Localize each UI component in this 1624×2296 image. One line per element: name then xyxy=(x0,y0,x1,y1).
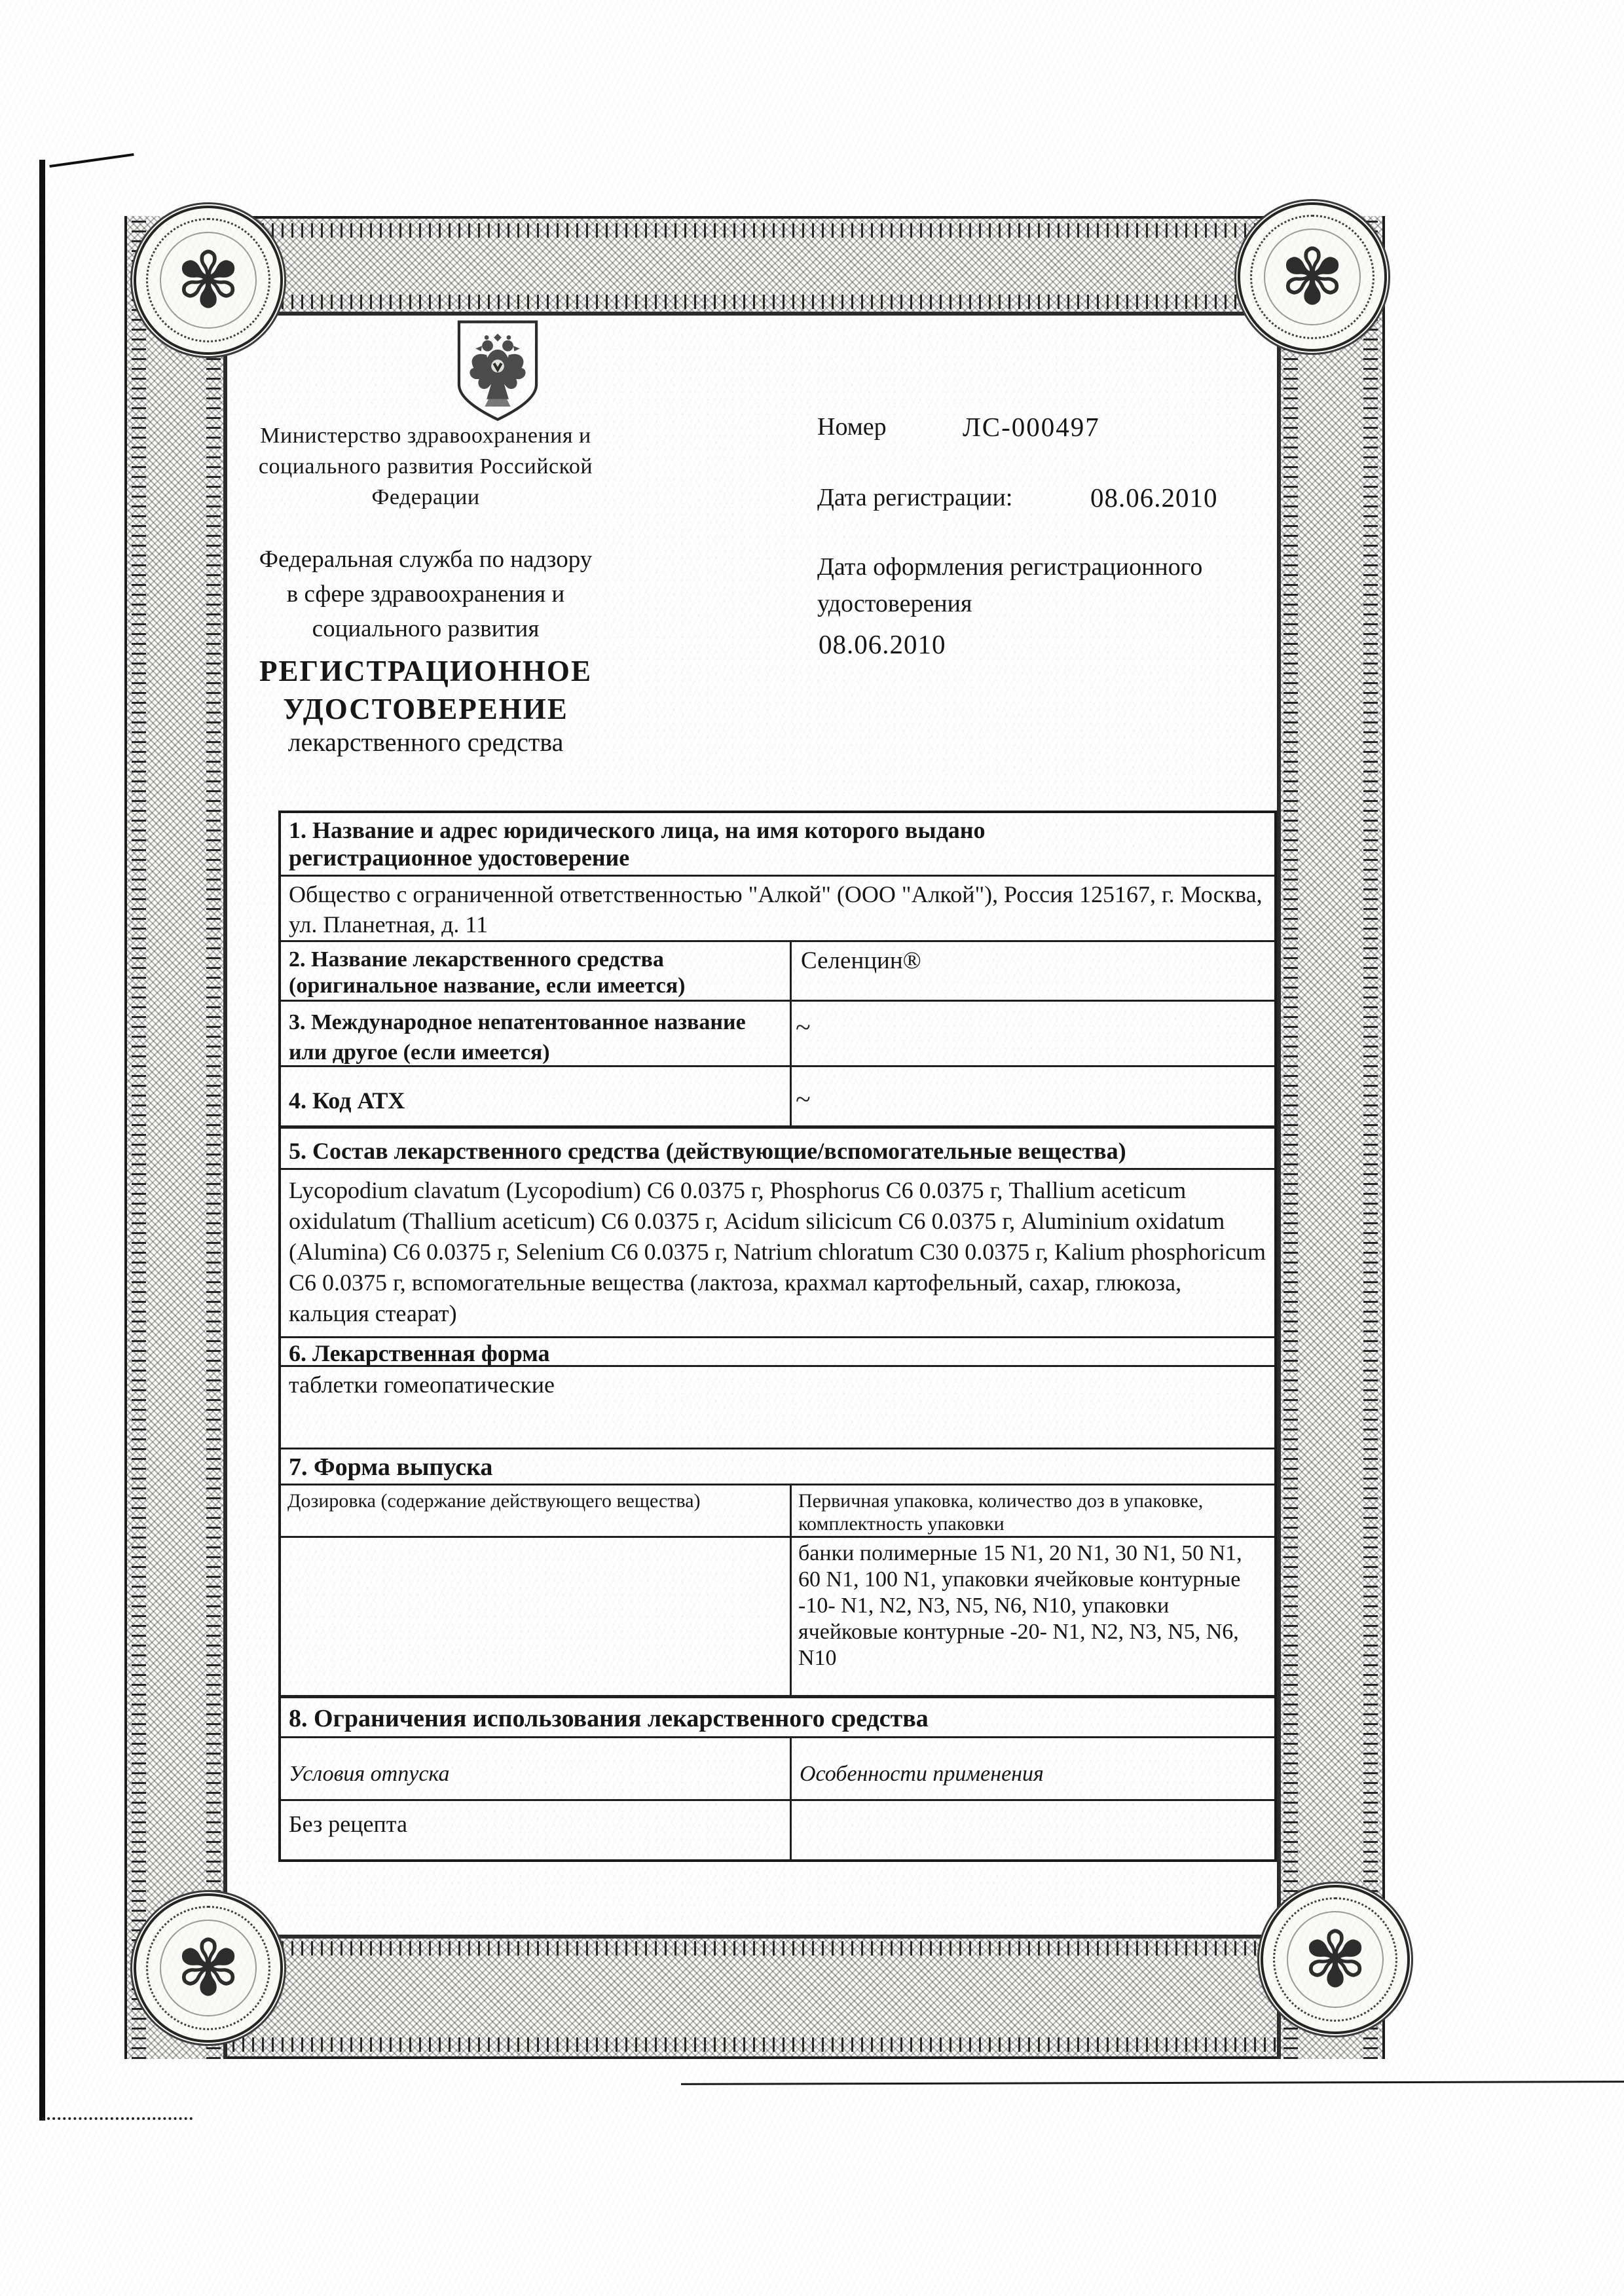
section2-title: 2. Название лекарственного средства (ори… xyxy=(281,942,790,1002)
dispensing-value: Без рецепта xyxy=(281,1801,790,1842)
section6-title-row: 6. Лекарственная форма xyxy=(281,1336,1274,1365)
number-label: Номер xyxy=(817,412,887,441)
section4-title: 4. Код АТХ xyxy=(281,1067,790,1118)
section8-title: 8. Ограничения использования лекарственн… xyxy=(281,1698,1274,1736)
dosage-column-header: Дозировка (содержание действующего вещес… xyxy=(281,1485,790,1516)
rosette-icon: ✾ xyxy=(176,242,241,319)
composition-value: Lycopodium clavatum (Lycopodium) C6 0.03… xyxy=(281,1170,1274,1332)
section3-row: 3. Международное непатентованное названи… xyxy=(281,1000,1274,1065)
section7-title-row: 7. Форма выпуска xyxy=(281,1448,1274,1484)
corner-rosette-bottom-left: ✾ xyxy=(134,1893,283,2043)
issue-date-label: Дата оформления регистрационного удостов… xyxy=(817,549,1243,622)
section5-title: 5. Состав лекарственного средства (дейст… xyxy=(281,1129,1274,1168)
frame-band-top xyxy=(124,216,1385,316)
federal-service-name: Федеральная служба по надзору в сфере зд… xyxy=(252,542,599,646)
section1-value-row: Общество с ограниченной ответственностью… xyxy=(281,875,1274,940)
scan-artifact-left-line xyxy=(39,160,45,2121)
section7-title: 7. Форма выпуска xyxy=(281,1449,1274,1484)
application-cell-empty xyxy=(792,1801,1274,1859)
document-subtitle: лекарственного средства xyxy=(210,727,642,757)
packaging-column-header: Первичная упаковка, количество доз в упа… xyxy=(792,1485,1274,1539)
inn-value: ~ xyxy=(792,1002,1274,1054)
certificate-table: 1. Название и адрес юридического лица, н… xyxy=(278,811,1277,1862)
frame-band-right xyxy=(1277,216,1385,2059)
section4-row: 4. Код АТХ ~ xyxy=(281,1065,1274,1125)
section8-value-row: Без рецепта xyxy=(281,1801,1274,1859)
section5-value-row: Lycopodium clavatum (Lycopodium) C6 0.03… xyxy=(281,1168,1274,1336)
scan-artifact-foot-line xyxy=(42,2117,193,2120)
rosette-icon: ✾ xyxy=(1303,1921,1368,1998)
registration-date-value: 08.06.2010 xyxy=(1090,482,1218,513)
corner-rosette-top-left: ✾ xyxy=(134,206,283,355)
section1-title-row: 1. Название и адрес юридического лица, н… xyxy=(281,813,1274,875)
section7-header-row: Дозировка (содержание действующего вещес… xyxy=(281,1484,1274,1536)
coat-of-arms-icon xyxy=(451,318,545,427)
ministry-name: Министерство здравоохранения и социально… xyxy=(210,420,642,513)
dosage-cell-empty xyxy=(281,1538,792,1695)
rosette-icon: ✾ xyxy=(1280,238,1345,316)
frame-band-bottom xyxy=(124,1935,1385,2059)
rosette-icon: ✾ xyxy=(176,1929,241,2007)
section1-value: Общество с ограниченной ответственностью… xyxy=(281,877,1274,942)
scan-artifact-bottom-line xyxy=(681,2081,1624,2085)
scan-artifact-top-line xyxy=(49,153,134,168)
corner-rosette-bottom-right: ✾ xyxy=(1261,1885,1410,2034)
registration-date-label: Дата регистрации: xyxy=(817,483,1012,512)
section7-body-row: банки полимерные 15 N1, 20 N1, 30 N1, 50… xyxy=(281,1536,1274,1695)
section8-title-row: 8. Ограничения использования лекарственн… xyxy=(281,1695,1274,1736)
corner-rosette-top-right: ✾ xyxy=(1238,202,1387,352)
section3-title: 3. Международное непатентованное названи… xyxy=(281,1002,790,1071)
atc-code-value: ~ xyxy=(792,1067,1274,1126)
section1-title: 1. Название и адрес юридического лица, н… xyxy=(281,813,1041,875)
scanned-certificate-page: { "document": { "authority": { "ministry… xyxy=(0,0,1624,2296)
dosage-form-value: таблетки гомеопатические xyxy=(281,1367,1274,1402)
packaging-value: банки полимерные 15 N1, 20 N1, 30 N1, 50… xyxy=(792,1538,1274,1674)
application-features-label: Особенности применения xyxy=(792,1738,1274,1787)
dispensing-conditions-label: Условия отпуска xyxy=(281,1738,790,1787)
section6-title: 6. Лекарственная форма xyxy=(281,1338,1274,1368)
section8-header-row: Условия отпуска Особенности применения xyxy=(281,1736,1274,1801)
section6-value-row: таблетки гомеопатические xyxy=(281,1365,1274,1448)
document-title: РЕГИСТРАЦИОННОЕ УДОСТОВЕРЕНИЕ xyxy=(210,652,642,728)
section5-title-row: 5. Состав лекарственного средства (дейст… xyxy=(281,1125,1274,1168)
drug-name-value: Селенцин® xyxy=(792,942,1274,980)
section2-row: 2. Название лекарственного средства (ори… xyxy=(281,940,1274,1000)
number-value: ЛС-000497 xyxy=(963,411,1100,443)
issue-date-value: 08.06.2010 xyxy=(819,629,946,660)
